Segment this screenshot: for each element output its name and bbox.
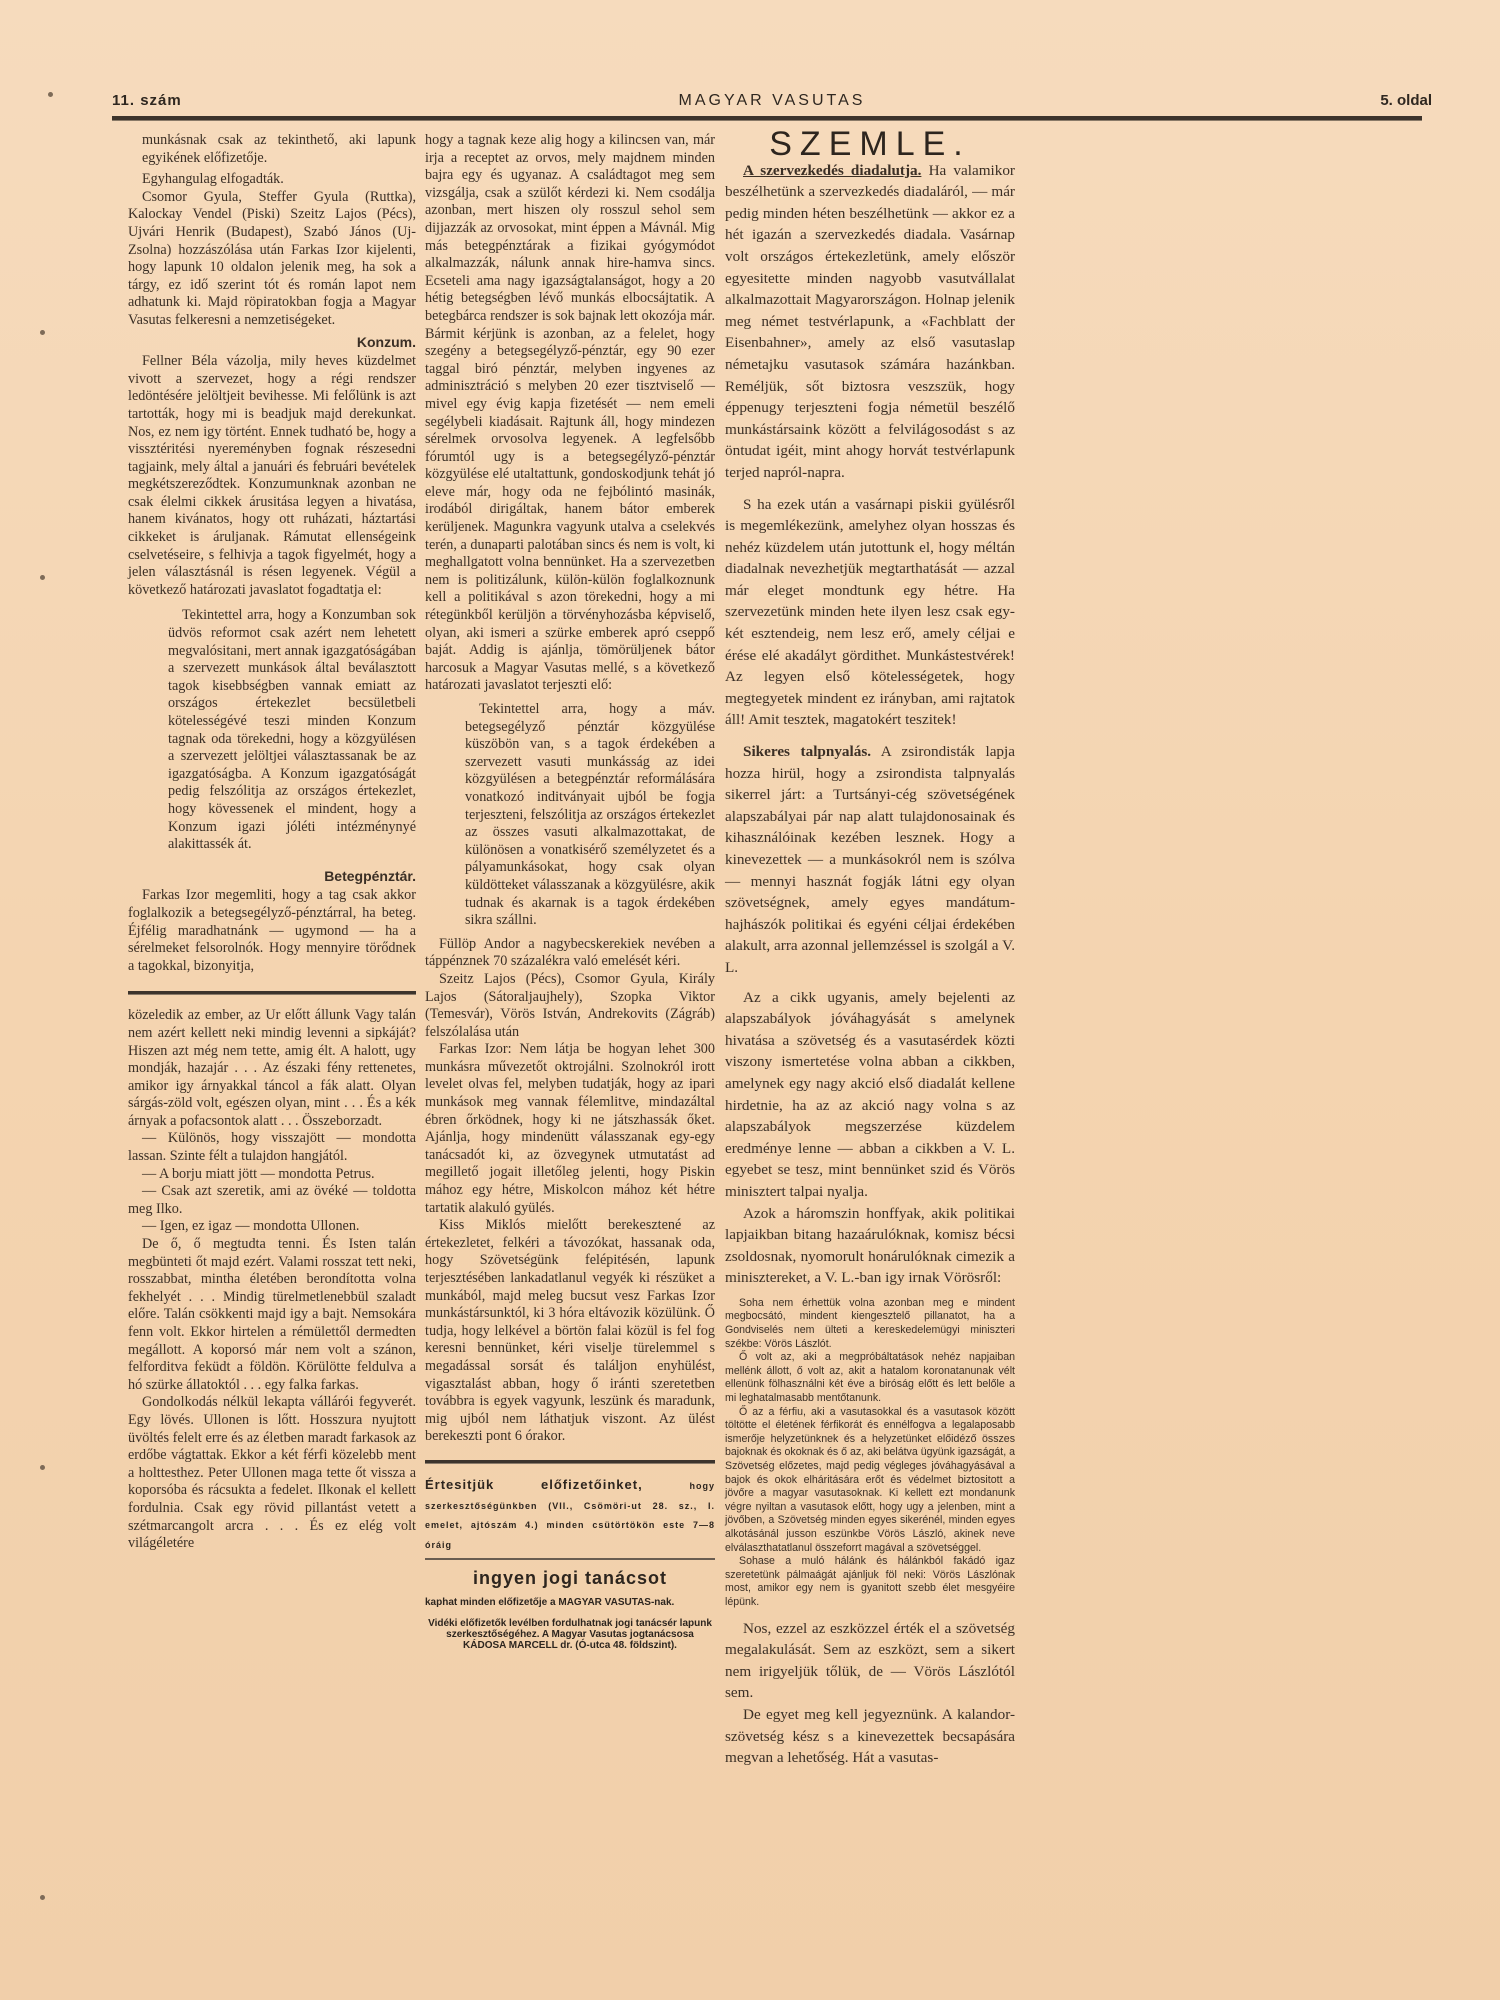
article-body: Az a cikk ugyanis, amely bejelenti az al…	[725, 987, 1015, 1203]
paragraph-farkas-2: Farkas Izor: Nem látja be hogyan lehet 3…	[425, 1041, 715, 1217]
article-body: De egyet meg kell jegyeznünk. A kalandor…	[725, 1704, 1015, 1769]
ad-divider	[425, 1460, 715, 1464]
paragraph-farkas: Farkas Izor megemliti, hogy a tag csak a…	[128, 887, 416, 975]
story-paragraph: közeledik az ember, az Ur előtt állunk V…	[128, 1007, 416, 1130]
margin-speck	[40, 330, 45, 335]
story-paragraph: Gondolkodás nélkül lekapta vállárói fegy…	[128, 1394, 416, 1552]
ad-title: Értesitjük előfizetőinket, hogy szerkesz…	[425, 1476, 715, 1560]
quote-paragraph: Sohase a muló hálánk és hálánkból fakádó…	[725, 1555, 1015, 1609]
resolution-betegpenztar: Tekintettel arra, hogy a máv. betegsegél…	[425, 701, 715, 930]
story-paragraph: — Igen, ez igaz — mondotta Ullonen.	[128, 1218, 416, 1236]
column-1: munkásnak csak az tekinthető, aki lapunk…	[128, 132, 416, 1553]
quote-paragraph: Ő az a férfiu, aki a vasutasokkal és a v…	[725, 1406, 1015, 1556]
article-heading-szervezkedes: A szervezkedés diadalutja.	[743, 162, 921, 179]
resolution-tail: munkásnak csak az tekinthető, aki lapunk…	[128, 132, 416, 167]
margin-speck	[40, 1895, 45, 1900]
ad-headline: ingyen jogi tanácsot	[425, 1570, 715, 1588]
header-rule	[112, 116, 1422, 121]
section-heading-betegpenztar: Betegpénztár.	[128, 868, 416, 886]
story-paragraph: De ő, ő megtudta tenni. És Isten talán m…	[128, 1236, 416, 1394]
resolution-konzum: Tekintettel arra, hogy a Konzumban sok ü…	[128, 607, 416, 853]
story-paragraph: — Különös, hogy visszajött — mondotta la…	[128, 1130, 416, 1165]
margin-speck	[40, 575, 45, 580]
page-number: 5. oldal	[1380, 92, 1432, 109]
column-2: hogy a tagnak keze alig hogy a kilincsen…	[425, 132, 715, 1651]
paragraph-speakers: Csomor Gyula, Steffer Gyula (Ruttka), Ka…	[128, 189, 416, 330]
ad-footer: Vidéki előfizetők levélben fordulhatnak …	[425, 1618, 715, 1651]
quoted-excerpt: Soha nem érhettük volna azonban meg e mi…	[725, 1297, 1015, 1610]
margin-speck	[48, 92, 53, 97]
section-title-szemle: SZEMLE.	[725, 134, 1015, 156]
advertisement-box: Értesitjük előfizetőinket, hogy szerkesz…	[425, 1476, 715, 1651]
article-heading-talpnyalas: Sikeres talpnyalás.	[743, 743, 871, 760]
paragraph-fellner: Fellner Béla vázolja, mily heves küzdelm…	[128, 353, 416, 599]
quote-paragraph: Ő volt az, aki a megpróbáltatások nehéz …	[725, 1351, 1015, 1405]
quote-paragraph: Soha nem érhettük volna azonban meg e mi…	[725, 1297, 1015, 1351]
column-3-szemle: SZEMLE. A szervezkedés diadalutja. Ha va…	[725, 132, 1015, 1769]
paragraph-kiss: Kiss Miklós mielőtt berekesztené az érte…	[425, 1217, 715, 1446]
page-header: 11. szám MAGYAR VASUTAS 5. oldal	[112, 92, 1432, 114]
story-divider	[128, 991, 416, 995]
masthead-title: MAGYAR VASUTAS	[112, 92, 1432, 110]
newspaper-page: 11. szám MAGYAR VASUTAS 5. oldal munkásn…	[0, 0, 1500, 2000]
paragraph: Egyhangulag elfogadták.	[128, 171, 416, 189]
article-body: Nos, ezzel az eszközzel érték el a szöve…	[725, 1618, 1015, 1704]
ad-subline: kaphat minden előfizetője a MAGYAR VASUT…	[425, 1594, 715, 1612]
ad-title-text: Értesitjük előfizetőinket,	[425, 1477, 643, 1492]
article-body: A zsirondisták lapja hozza hirül, hogy a…	[725, 743, 1015, 976]
paragraph-speakers-2: Szeitz Lajos (Pécs), Csomor Gyula, Királ…	[425, 971, 715, 1041]
article-body: Ha valamikor beszélhetünk a szervezkedés…	[725, 162, 1015, 481]
paragraph-fullop: Füllöp Andor a nagybecskerekiek nevében …	[425, 936, 715, 971]
story-paragraph: — A borju miatt jött — mondotta Petrus.	[128, 1166, 416, 1184]
margin-speck	[40, 1465, 45, 1470]
article-body: Azok a háromszin honffyak, akik politika…	[725, 1203, 1015, 1289]
story-paragraph: — Csak azt szeretik, ami az övéké — told…	[128, 1183, 416, 1218]
article-body: S ha ezek után a vasárnapi piskii gyülés…	[725, 494, 1015, 732]
paragraph-betegpenztar-cont: hogy a tagnak keze alig hogy a kilincsen…	[425, 132, 715, 695]
section-heading-konzum: Konzum.	[128, 334, 416, 352]
